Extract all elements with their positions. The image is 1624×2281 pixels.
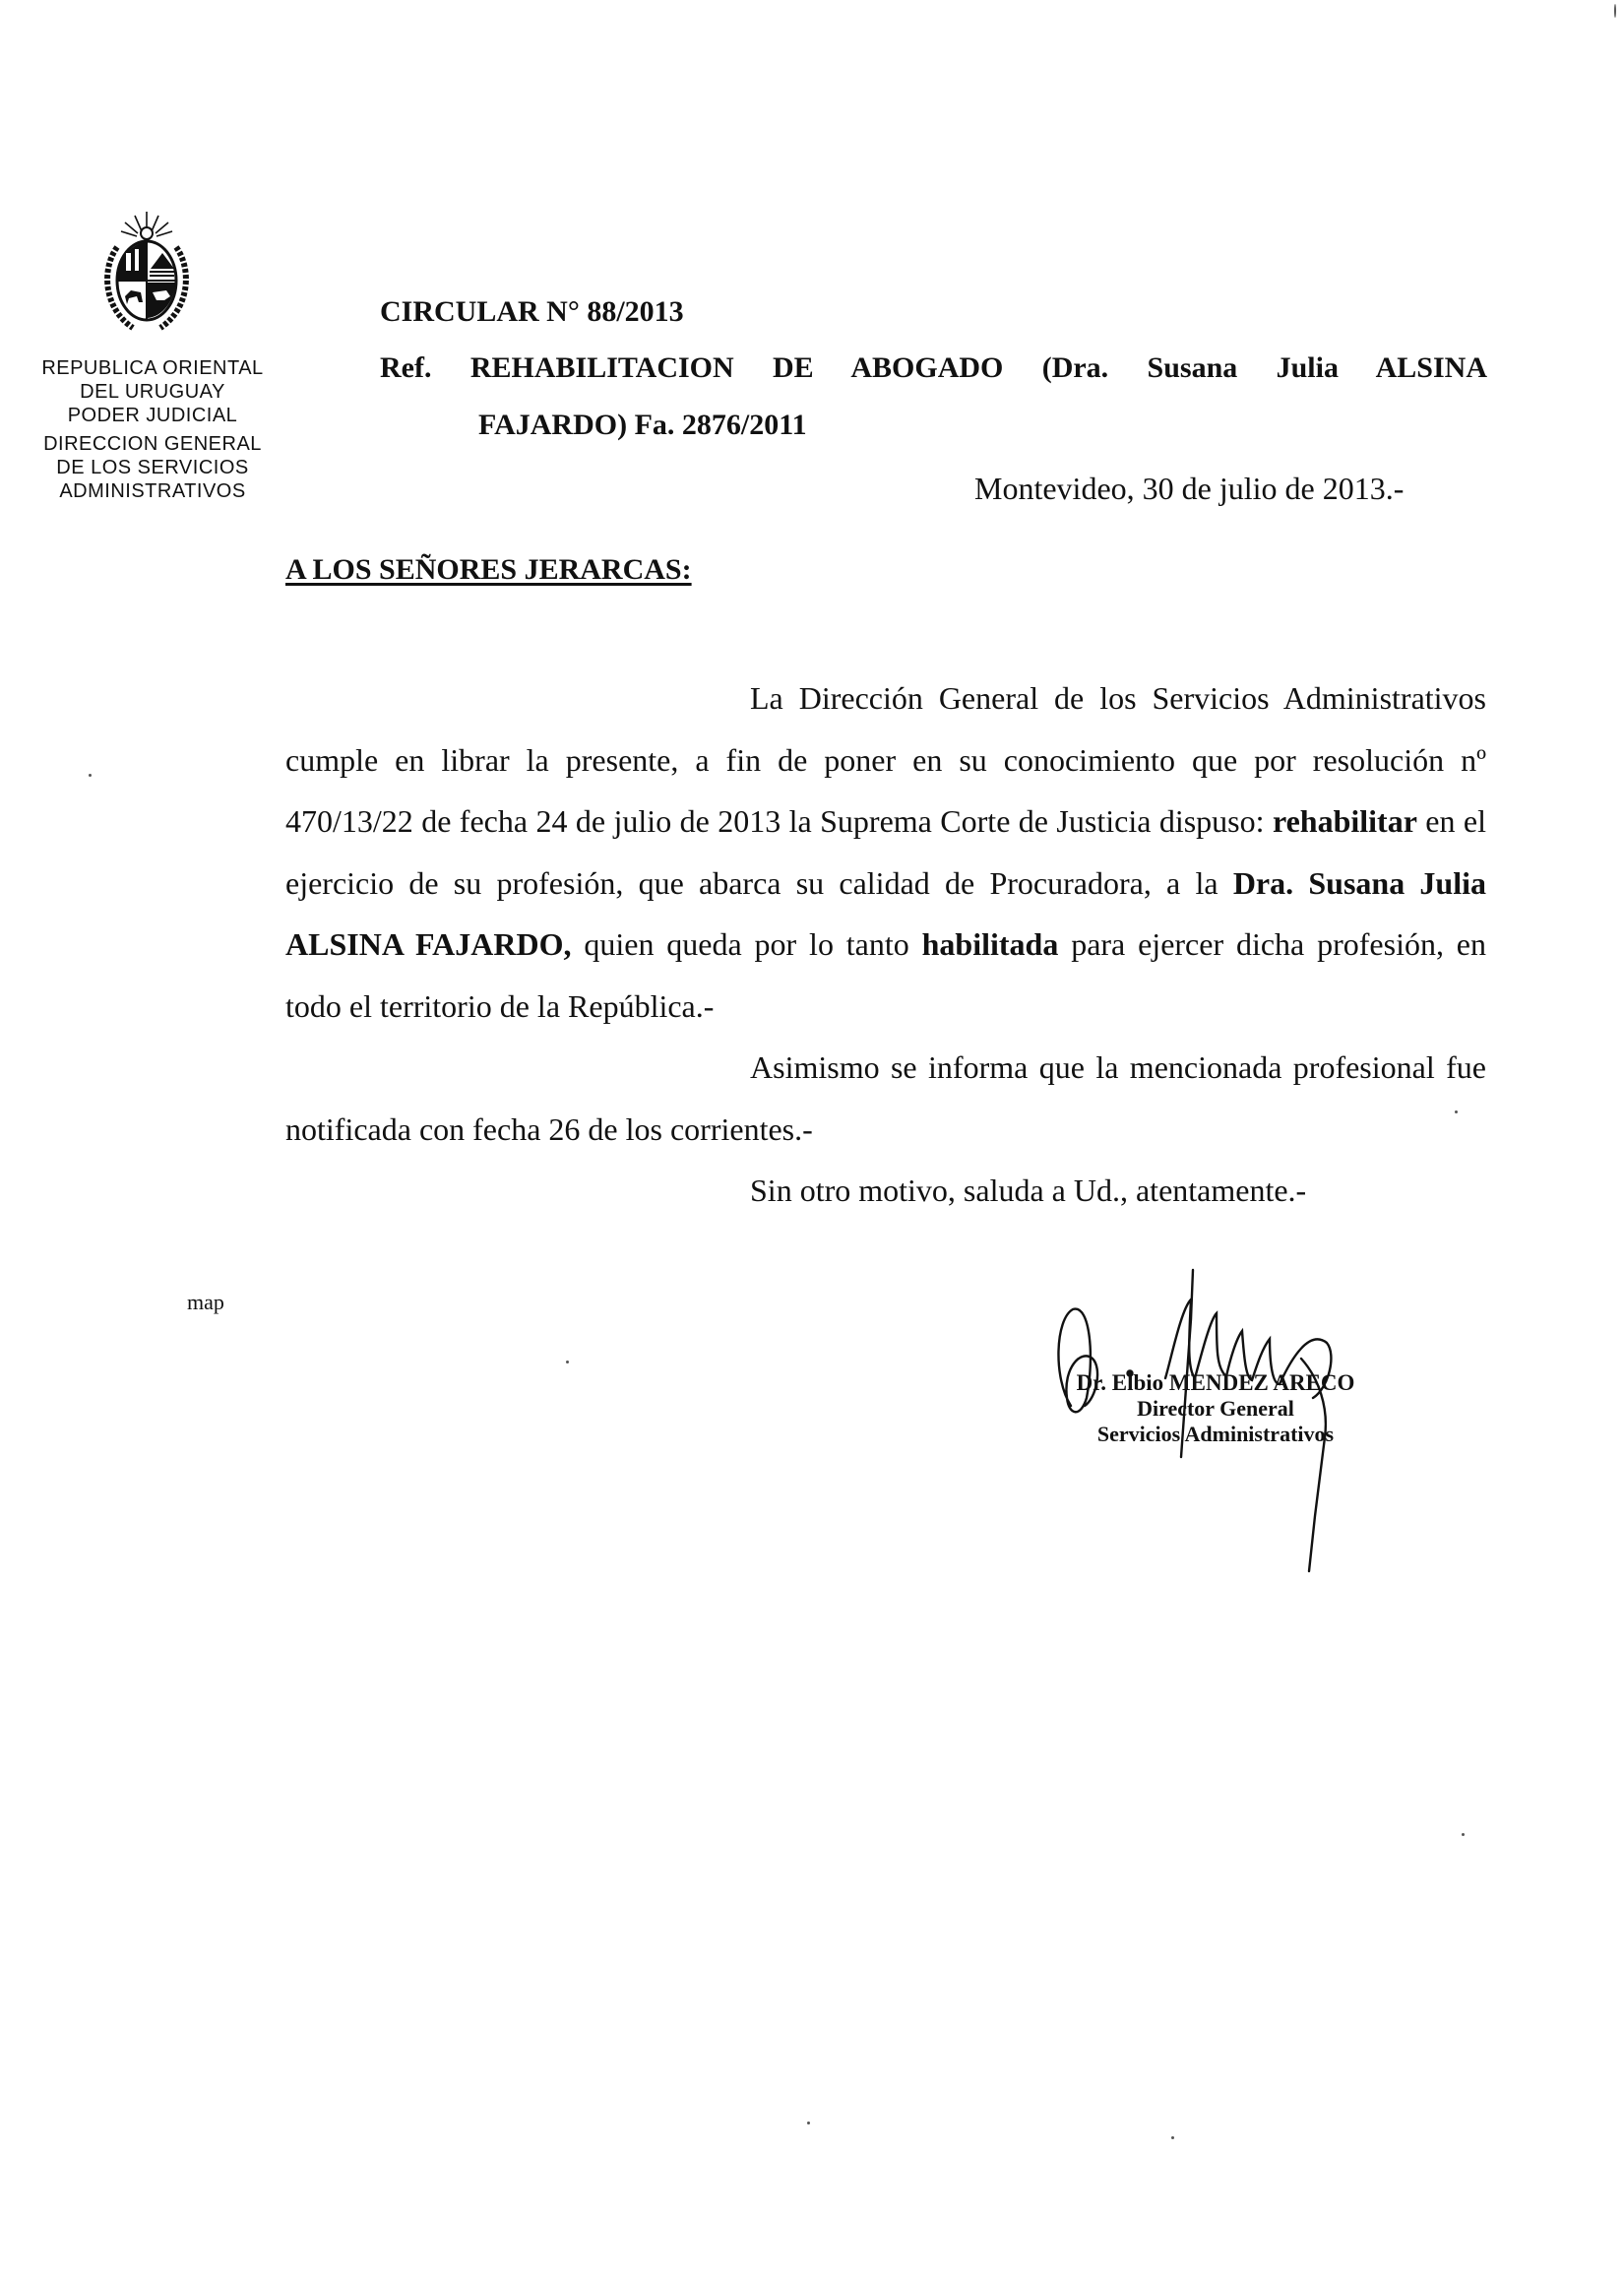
signatory-title: Director General [1053,1396,1378,1422]
reference-line: Ref. REHABILITACION DE ABOGADO (Dra. Sus… [380,351,1487,385]
salutation: A LOS SEÑORES JERARCAS: [285,553,692,587]
letterhead-line: ADMINISTRATIVOS [30,479,276,503]
scan-speck [1614,4,1616,18]
letterhead-line: PODER JUDICIAL [30,404,276,427]
signatory-block: Dr. Elbio MENDEZ ARECO Director General … [1053,1370,1378,1447]
uruguay-coat-of-arms-icon [95,210,199,338]
scan-speck [807,2122,810,2124]
paragraph-notification: Asimismo se informa que la mencionada pr… [285,1037,1486,1160]
letter-body: La Dirección General de los Servicios Ad… [285,667,1486,1222]
document-date: Montevideo, 30 de julio de 2013.- [974,471,1404,507]
letterhead-judicial-block: REPUBLICA ORIENTAL DEL URUGUAY PODER JUD… [30,356,276,503]
signatory-office: Servicios Administrativos [1053,1422,1378,1447]
reference-continuation: FAJARDO) Fa. 2876/2011 [478,409,807,442]
circular-number: CIRCULAR N° 88/2013 [380,295,684,329]
signatory-name: Dr. Elbio MENDEZ ARECO [1053,1370,1378,1396]
letterhead-line: DEL URUGUAY [30,380,276,404]
closing-line: Sin otro motivo, saluda a Ud., atentamen… [285,1160,1486,1222]
reference-text: REHABILITACION DE ABOGADO (Dra. Susana J… [470,351,1487,384]
text-run: quien queda por lo tanto [572,926,922,962]
typist-initials: map [187,1290,224,1315]
letterhead-line: DE LOS SERVICIOS [30,456,276,479]
scan-speck [1462,1833,1465,1836]
scan-speck [89,774,92,777]
scan-speck [566,1361,569,1363]
paragraph-resolution: La Dirección General de los Servicios Ad… [285,667,1486,1037]
emphasis-habilitada: habilitada [922,926,1059,962]
letterhead-line: REPUBLICA ORIENTAL [30,356,276,380]
scan-speck [1171,2136,1174,2139]
letterhead-line: DIRECCION GENERAL [30,432,276,456]
reference-label: Ref. [380,351,431,384]
scan-speck [1455,1110,1458,1113]
emphasis-rehabilitar: rehabilitar [1273,803,1417,839]
